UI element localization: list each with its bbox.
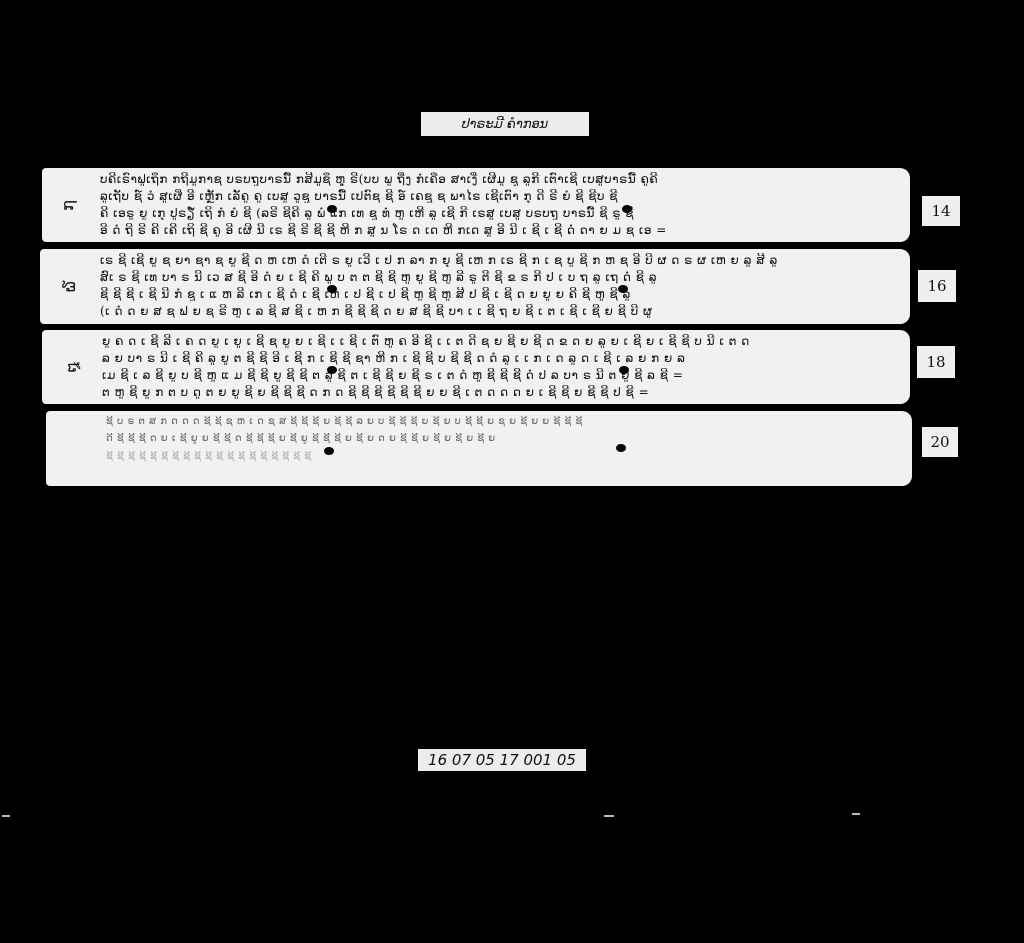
leaf-number: ໖: [60, 281, 79, 292]
scan-artifact: [604, 815, 614, 817]
string-hole: [327, 285, 337, 293]
palm-leaf-3: ໘ ຍູ ຄ ດ ເ ຊີ ລີ ເ ຄ ດ ຍູ ເ ຍູ ເ ຊີ ຊ ຍູ…: [42, 330, 910, 404]
page-tag-20: 20: [922, 427, 958, 457]
string-hole: [622, 205, 632, 213]
manuscript-title-label: ປາຣະມີ ຄຳກອນ: [421, 112, 589, 136]
script-line: ຊີ ຊີ ຊີ ຊີ ຊີ ຊີ ຊີ ຊີ ຊີ ຊີ ຊີ ຊີ ຊີ ຊ…: [106, 451, 912, 465]
palm-leaf-2: ໖ ເຣ ຊີ ເຊີ ຍູ ຊ ຍາ ຊາ ຊ ຍູ ຊີ ດ ຫ ເຫ ດໍ…: [40, 249, 910, 324]
scan-artifact: [2, 815, 10, 817]
script-line: ສົເ ຣ ຊີ ເທ ບາ ຣ ນີ ເວ ສ ຊີ ອີ ດໍ ຍ ເ ຊີ…: [100, 270, 910, 284]
script-line: ຊີ ບ ຣ ຕ ສ ກ ດ ດ ດ ຊີ ຊີ ຊ ຫ ເ ດ ຊ ສ ຊີ …: [106, 416, 912, 430]
script-line: ລ ຍ ບາ ຣ ນີ ເ ຊີ ຄີ ລູ ຍູ ຕ ຊີ ຊີ ອີ ເ ຊ…: [102, 351, 910, 365]
script-line: ບຄີເຣົາຟູເຖຶກ ກຖີມູກາຊ ບຣບຖູບາຣນີ໌ ກສີມູ…: [100, 172, 910, 186]
string-hole: [618, 285, 628, 293]
script-line: ເມ ຊີ ເ ລ ຊີ ຍູ ບ ຊີ ຫູ ແ ມ ຊີ ຊີ ຍູ ຊີ …: [102, 368, 910, 382]
script-line: ຊີ ຊີ ຊີ ເ ຊີ ນີ ກໍ ຊູ ເ ແ ຫ ລີ ເກ ເ ຊີ …: [100, 287, 910, 301]
palm-leaf-1: ໗ ບຄີເຣົາຟູເຖຶກ ກຖີມູກາຊ ບຣບຖູບາຣນີ໌ ກສີ…: [42, 168, 910, 242]
palm-leaf-4: ຊີ ບ ຣ ຕ ສ ກ ດ ດ ດ ຊີ ຊີ ຊ ຫ ເ ດ ຊ ສ ຊີ …: [46, 411, 912, 486]
string-hole: [327, 366, 337, 374]
string-hole: [324, 447, 334, 455]
script-line: ລູເຖັບ ຊ໌ ວໍ ສູເຜີ່ ອີ ເຫຼັກ ເລັຄູ ຄູ ເບ…: [100, 189, 910, 203]
script-line: ເຣ ຊີ ເຊີ ຍູ ຊ ຍາ ຊາ ຊ ຍູ ຊີ ດ ຫ ເຫ ດໍ ເ…: [100, 253, 910, 267]
string-hole: [616, 444, 626, 452]
page-tag-16: 16: [918, 270, 956, 302]
script-line: ດີ ຊີ ຊີ ຊີ ດ ຍ ເ ຊີ ຍູ ຍ ຊີ ຊີ ດ ຊີ ຊີ …: [106, 433, 912, 447]
page-tag-18: 18: [917, 346, 955, 378]
page-tag-14: 14: [922, 196, 960, 226]
scan-artifact: [852, 813, 860, 815]
script-line: (ເ ດໍ ດ ຍ ສ ຊ ຟ ຍ ຊ ຣີ ຫູ ເ ລ ຊີ ສ ຊີ ເ …: [100, 304, 910, 318]
script-line: ຄີ ເອຣູ ຍູ ເກຸ ປູຣຽ໌ ເຖິ ກໍ ຍໍ ຊີ (ລຣີ ຊ…: [100, 206, 910, 220]
script-line: ຕ ຫູ ຊີ ຍູ ກ ຕ ບ ດູ ຕ ຍ ຍູ ຊີ ຍ ຊີ ຊີ ຊີ…: [102, 385, 910, 399]
script-line: ຍູ ຄ ດ ເ ຊີ ລີ ເ ຄ ດ ຍູ ເ ຍູ ເ ຊີ ຊ ຍູ ຍ…: [102, 334, 910, 348]
script-line: ອີ ດໍ ຖີ ຣີ ຄີ ເຄີ ເຖິ ຊີ ຄູ ອີ ເຜີ ນີ ເ…: [100, 223, 910, 237]
leaf-number: ໘: [62, 362, 81, 373]
archive-code-label: 16 07 05 17 001 05: [418, 749, 586, 771]
string-hole: [619, 366, 629, 374]
string-hole: [327, 205, 337, 213]
leaf-number: ໗: [58, 200, 77, 211]
